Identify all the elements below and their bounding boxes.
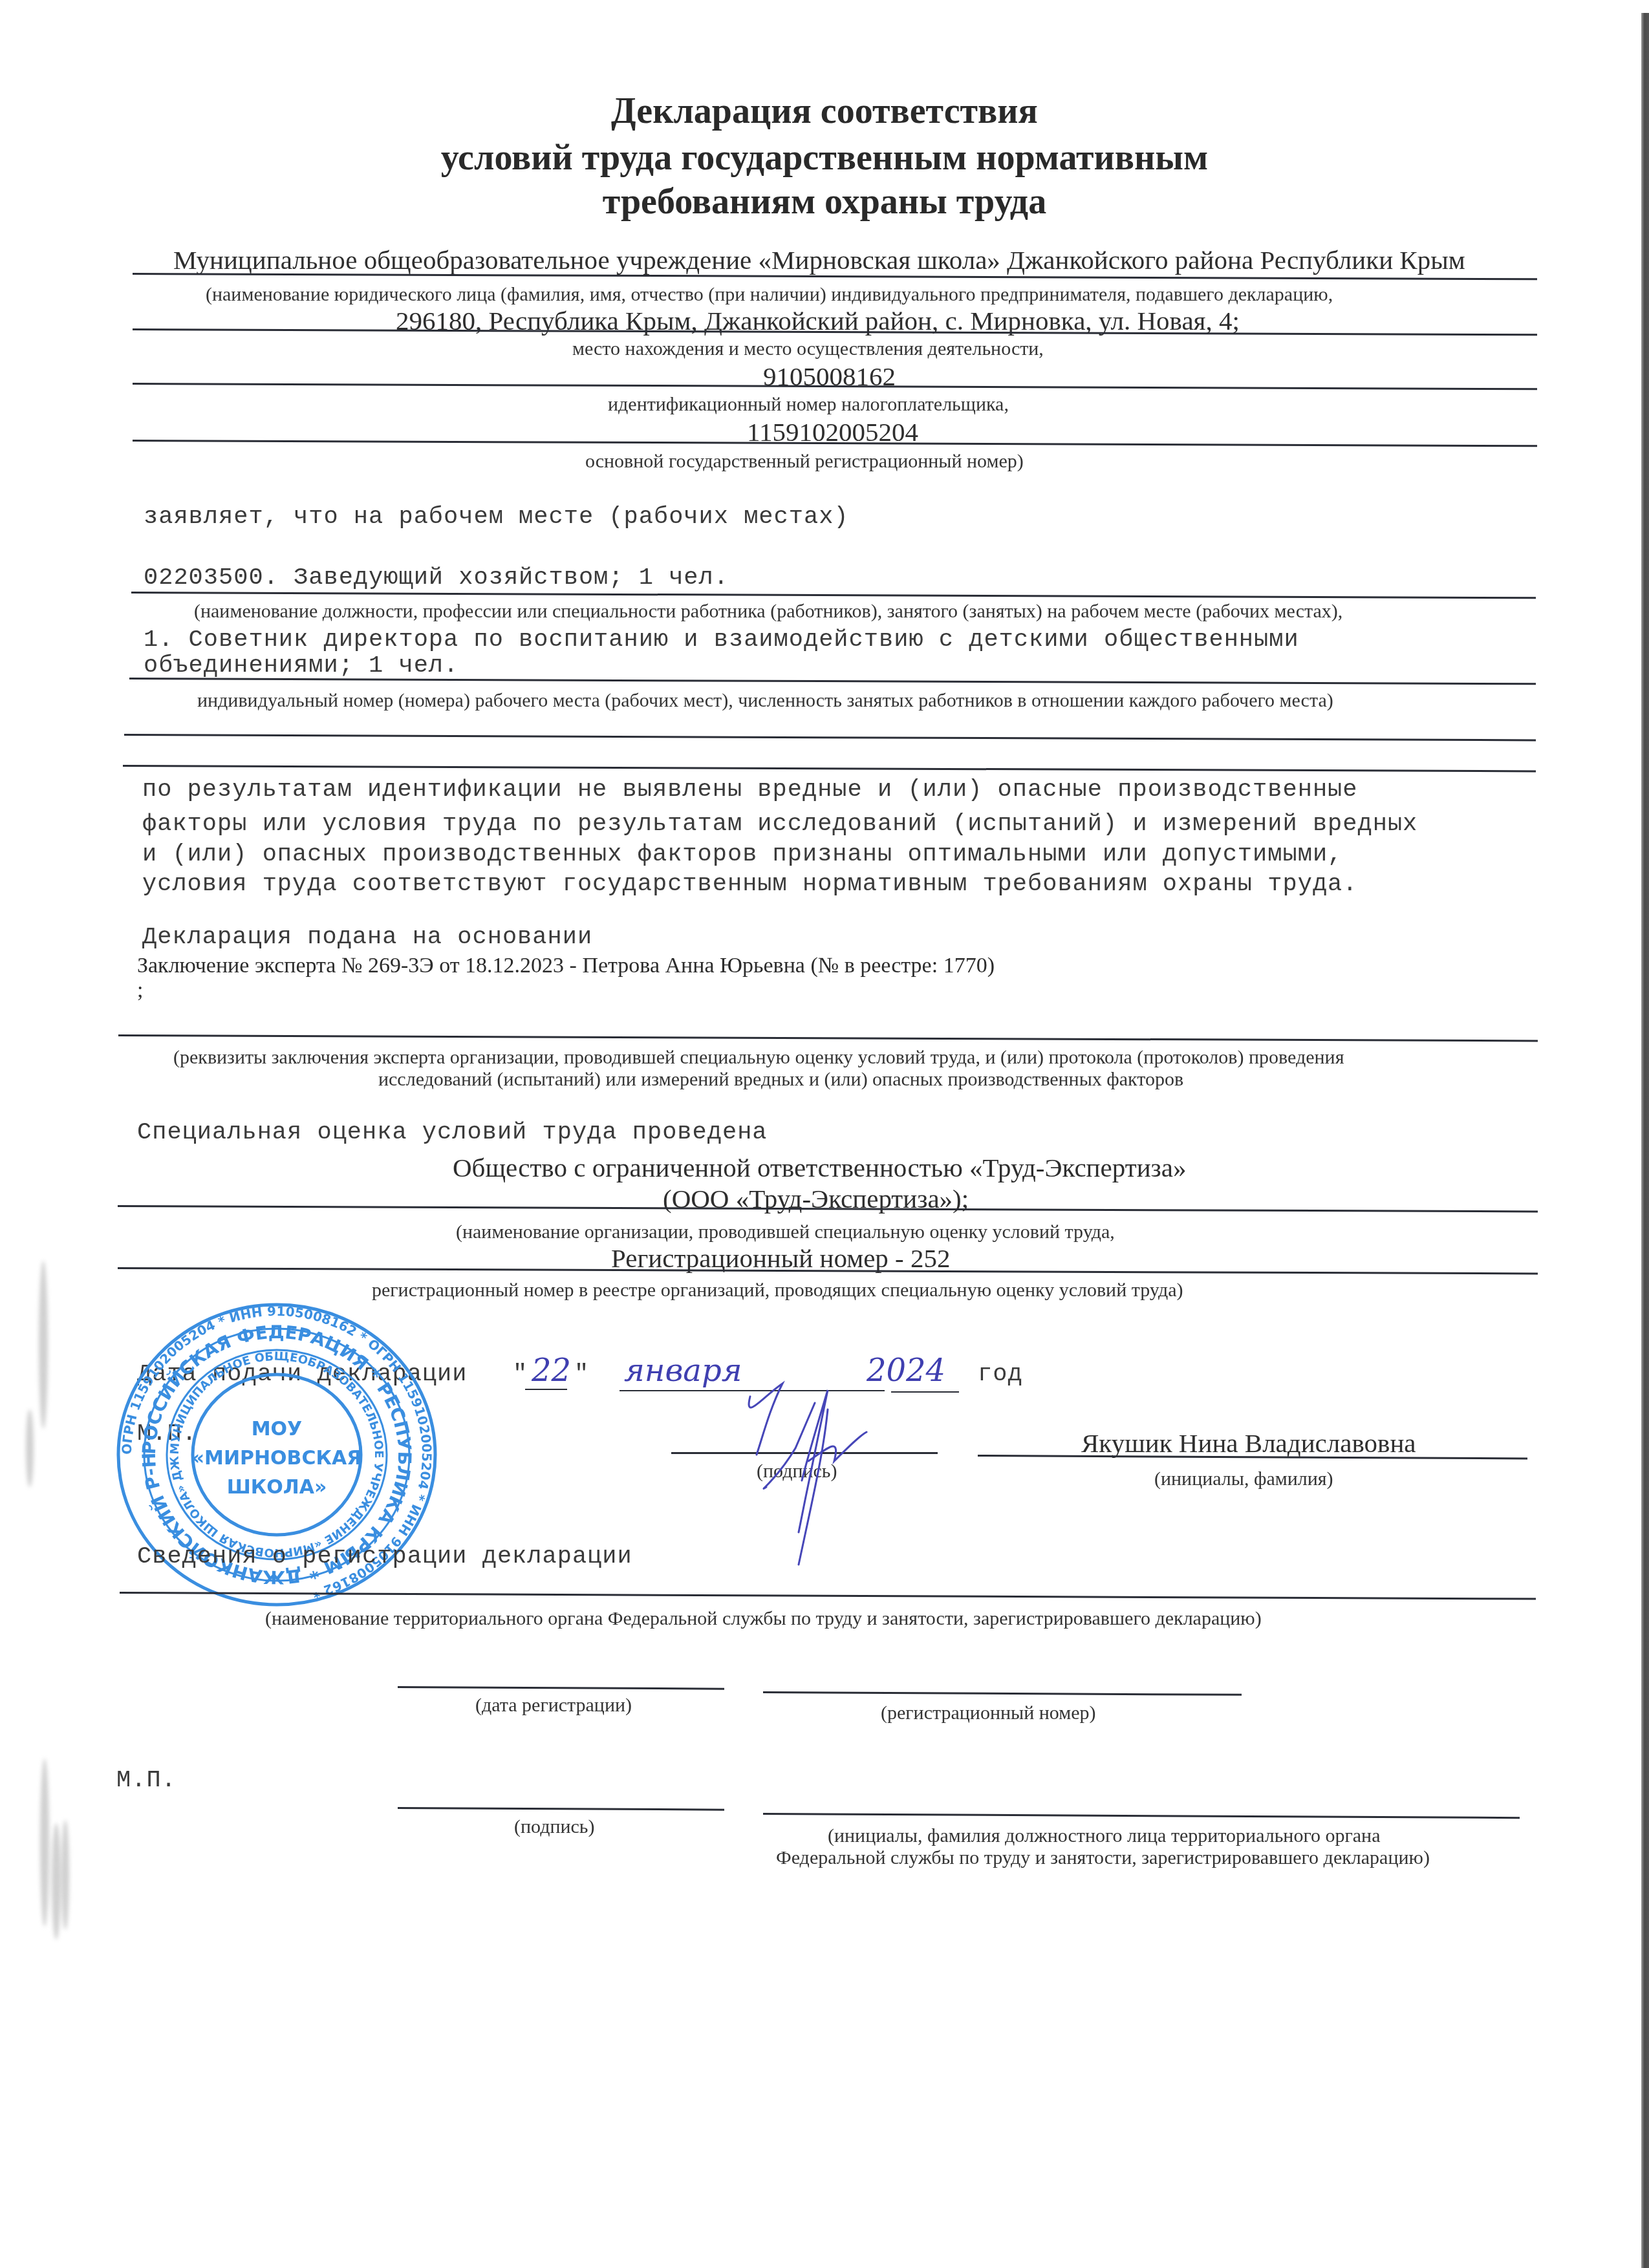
basis-suffix: ; [137,978,143,1003]
workplace-hint: индивидуальный номер (номера) рабочего м… [197,689,1333,712]
quote-close: " [574,1360,589,1389]
divider [123,765,1536,772]
workplace-entry-line-1: 1. Советник директора по воспитанию и вз… [144,626,1299,654]
scan-smudge [52,1823,61,1940]
signer-name: Якушик Нина Владиславовна [1081,1428,1416,1459]
year-suffix: год [978,1360,1023,1389]
registration-official-line [763,1813,1520,1819]
position-hint: (наименование должности, профессии или с… [194,600,1342,623]
registration-date-line [398,1686,724,1690]
svg-text:ШКОЛА»: ШКОЛА» [227,1476,327,1499]
submission-month: января [624,1353,742,1389]
position-entry: 02203500. Заведующий хозяйством; 1 чел. [144,564,729,592]
divider [124,734,1536,741]
submission-day: 22 [532,1353,571,1389]
assessment-org-hint: (наименование организации, проводившей с… [456,1221,1115,1244]
declarant-ogrn-hint: основной государственный регистрационный… [585,450,1024,473]
scan-smudge [26,1409,34,1487]
assessment-reg-hint: регистрационный номер в реестре организа… [372,1279,1183,1302]
assessment-org-line-1: Общество с ограниченной ответственностью… [453,1152,1186,1183]
registration-number-line [763,1691,1242,1696]
signer-hint: (инициалы, фамилия) [1154,1468,1333,1491]
title-line-3: требованиям охраны труда [0,180,1649,224]
scan-smudge [40,1759,49,1927]
declarant-inn-hint: идентификационный номер налогоплательщик… [608,393,1009,416]
findings-line-2: факторы или условия труда по результатам… [142,810,1417,839]
declarant-address-hint: место нахождения и место осуществления д… [572,337,1044,361]
registration-signature-line [398,1807,724,1811]
assessment-label: Специальная оценка условий труда проведе… [137,1118,768,1147]
svg-text:«МИРНОВСКАЯ: «МИРНОВСКАЯ [192,1447,362,1470]
declaration-page: Декларация соответствия условий труда го… [0,0,1649,2268]
quote-open: " [513,1360,528,1389]
findings-line-1: по результатам идентификации не выявлены… [142,776,1358,804]
registration-official-hint-line-2: Федеральной службы по труду и занятости,… [776,1846,1430,1870]
declarant-name-hint: (наименование юридического лица (фамилия… [206,283,1333,306]
registration-date-hint: (дата регистрации) [475,1694,632,1717]
divider [118,1034,1538,1042]
scan-smudge [61,1820,69,1930]
title-line-2: условий труда государственным нормативны… [0,136,1649,180]
workplace-entry-line-2: объединениями; 1 чел. [144,652,458,680]
basis-hint-line-1: (реквизиты заключения эксперта организац… [173,1046,1344,1069]
registration-label: Сведения о регистрации декларации [137,1543,632,1571]
day-underline [525,1389,567,1390]
declarant-name: Муниципальное общеобразовательное учрежд… [173,244,1465,275]
findings-line-4: условия труда соответствуют государствен… [142,870,1358,899]
divider [131,592,1536,599]
registration-number-hint: (регистрационный номер) [881,1702,1095,1725]
workplaces-intro: заявляет, что на рабочем месте (рабочих … [144,503,849,531]
registration-signature-hint: (подпись) [514,1815,595,1839]
scanner-edge [1641,13,1649,2268]
title-line-1: Декларация соответствия [0,89,1649,133]
handwritten-signature [737,1371,944,1578]
basis-value: Заключение эксперта № 269-3Э от 18.12.20… [137,953,995,979]
registration-org-hint: (наименование территориального органа Фе… [265,1607,1262,1631]
svg-text:МОУ: МОУ [252,1418,303,1440]
registration-mp-label: М.П. [116,1766,177,1795]
findings-line-3: и (или) опасных производственных факторо… [142,840,1342,869]
registration-official-hint-line-1: (инициалы, фамилия должностного лица тер… [828,1824,1380,1848]
basis-hint-line-2: исследований (испытаний) или измерений в… [378,1068,1183,1091]
divider [129,678,1536,685]
scan-smudge [39,1261,48,1429]
basis-label: Декларация подана на основании [142,923,592,952]
